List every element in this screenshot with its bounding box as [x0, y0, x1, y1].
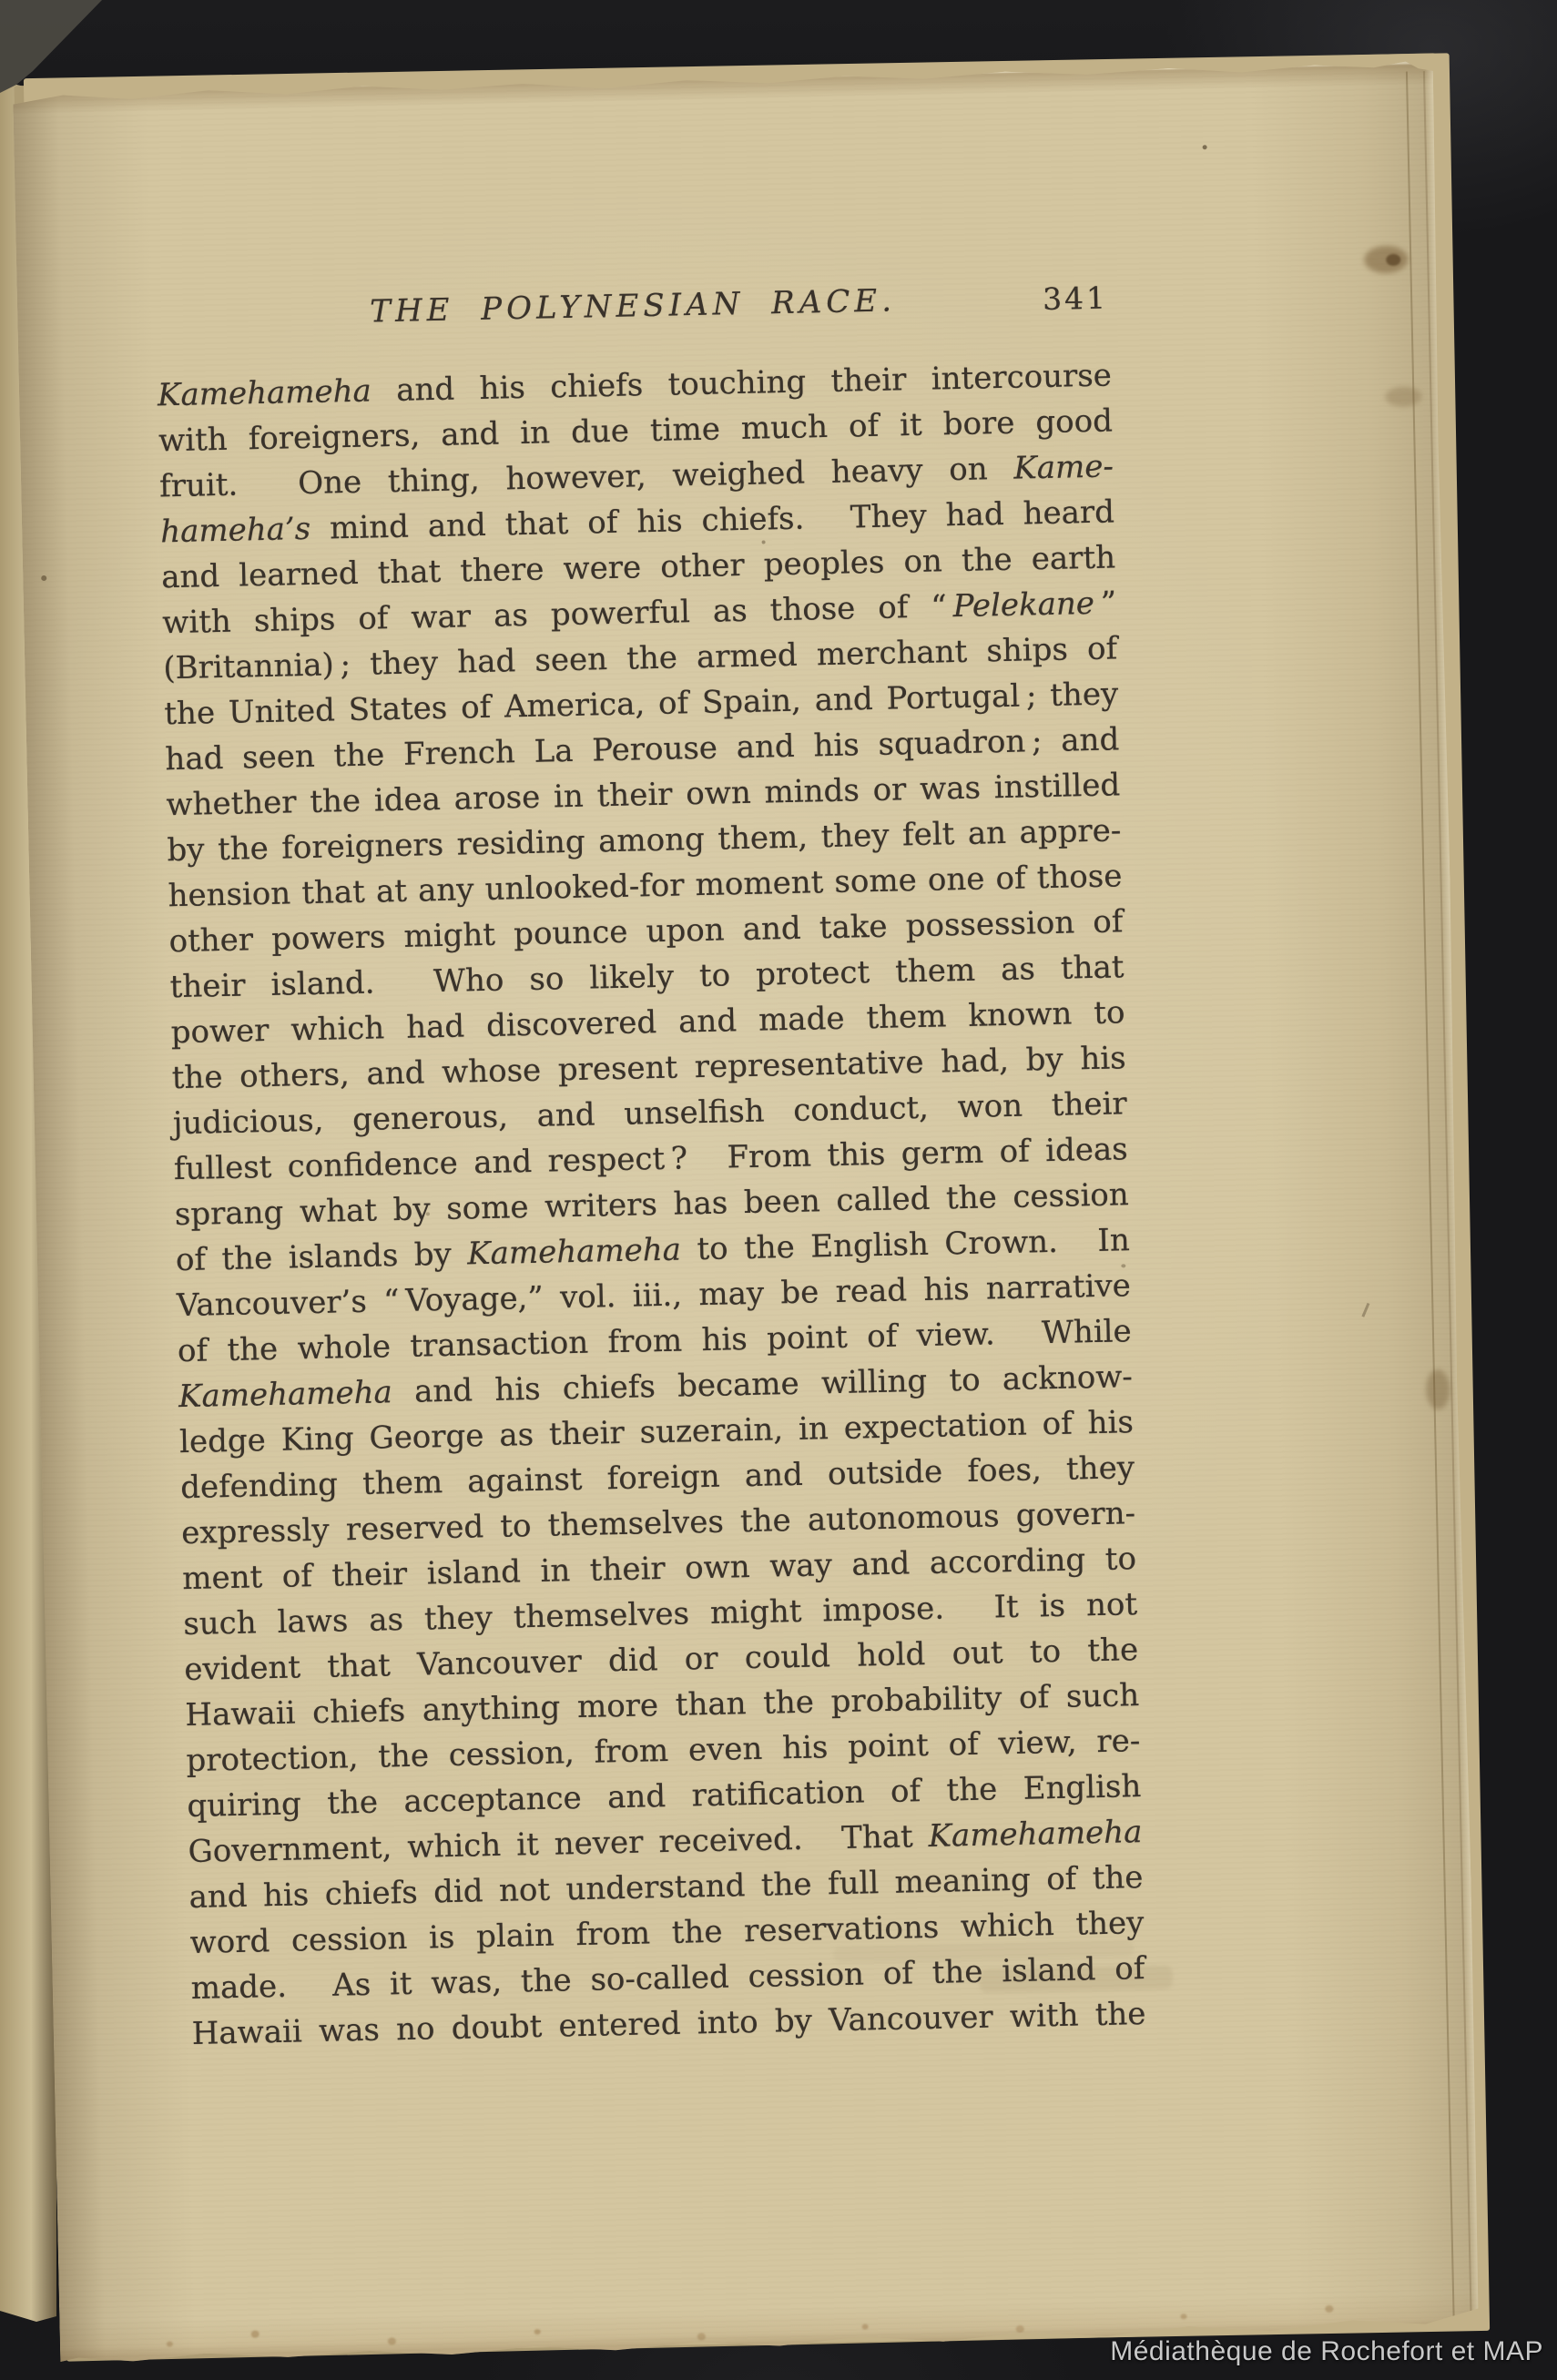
printed-text-block: THE POLYNESIAN RACE. 341 Kamehamehaandhi… [156, 276, 1146, 2057]
running-header: THE POLYNESIAN RACE. 341 [156, 276, 1111, 349]
page-number: 341 [1043, 280, 1109, 316]
speck [1203, 145, 1207, 149]
stain [1385, 386, 1421, 407]
body-text: Kamehamehaandhischiefstouchingtheirinter… [158, 352, 1147, 2057]
stain [1426, 1369, 1450, 1410]
margin-mark [1361, 1303, 1369, 1317]
book-scan-photo: THE POLYNESIAN RACE. 341 Kamehamehaandhi… [0, 0, 1557, 2380]
speck [41, 575, 46, 581]
running-head-title: THE POLYNESIAN RACE. [156, 278, 1111, 334]
watermark: Médiathèque de Rochefort et MAP [1070, 2336, 1543, 2367]
book-page: THE POLYNESIAN RACE. 341 Kamehamehaandhi… [13, 60, 1481, 2364]
